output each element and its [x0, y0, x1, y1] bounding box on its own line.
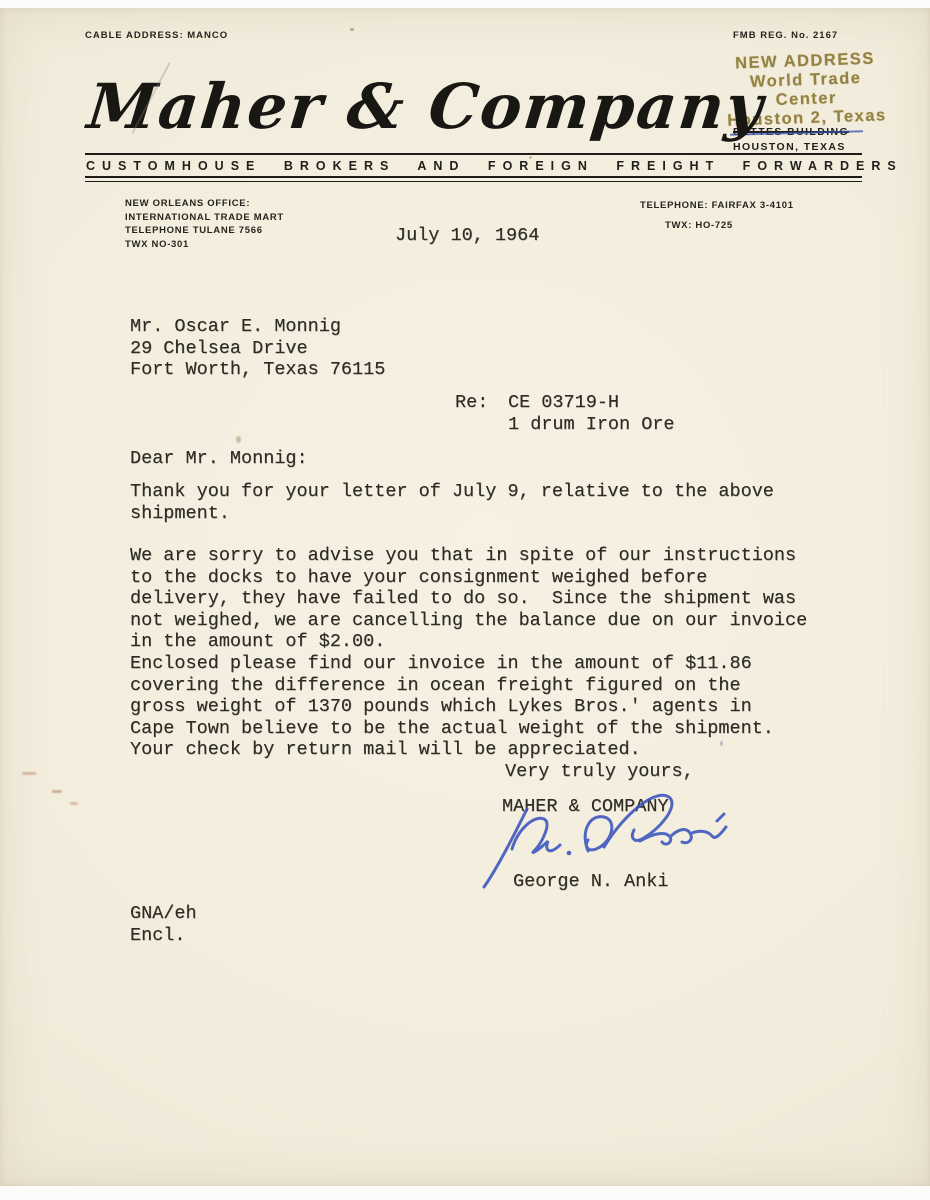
edge-smudge	[52, 790, 62, 793]
dust-speck	[236, 436, 241, 443]
letterhead-rule-top	[85, 153, 862, 155]
recipient-address-block: Mr. Oscar E. Monnig 29 Chelsea Drive For…	[130, 316, 385, 381]
reference-initials-block: GNA/eh Encl.	[130, 903, 197, 946]
body-paragraph-3: Enclosed please find our invoice in the …	[130, 653, 774, 761]
dust-speck	[720, 741, 723, 746]
houston-phone-label: TELEPHONE: FAIRFAX 3-4101	[640, 199, 794, 213]
houston-twx-label: TWX: HO-725	[665, 219, 733, 233]
signature-stroke-flourish	[604, 795, 672, 847]
body-paragraph-1: Thank you for your letter of July 9, rel…	[130, 481, 774, 524]
letter-date: July 10, 1964	[395, 225, 539, 247]
re-label: Re:	[455, 392, 488, 414]
new-orleans-office-block: NEW ORLEANS OFFICE: INTERNATIONAL TRADE …	[125, 197, 284, 251]
signature-tick	[717, 814, 724, 821]
scanned-letter-page: CABLE ADDRESS: MANCO FMB REG. No. 2167 N…	[0, 0, 930, 1200]
fmb-registration-label: FMB REG. No. 2167	[733, 30, 838, 41]
cable-address-label: CABLE ADDRESS: MANCO	[85, 30, 228, 41]
re-content: CE 03719-H 1 drum Iron Ore	[508, 392, 675, 435]
body-paragraph-2: We are sorry to advise you that in spite…	[130, 545, 807, 653]
letterhead-rule-bottom-2	[85, 181, 862, 183]
closing-line: Very truly yours,	[505, 761, 694, 783]
signer-name: George N. Anki	[513, 871, 668, 893]
signature-stroke-d	[585, 817, 612, 851]
letter-paper: CABLE ADDRESS: MANCO FMB REG. No. 2167 N…	[0, 8, 930, 1186]
edge-smudge	[70, 802, 78, 805]
company-logotype: Maher & Company	[84, 70, 768, 143]
letterhead-rule-bottom	[85, 176, 862, 178]
signature-stroke-nki	[640, 827, 726, 844]
signature-dot	[567, 851, 572, 856]
salutation: Dear Mr. Monnig:	[130, 448, 308, 470]
dust-speck	[350, 28, 354, 31]
dust-speck	[529, 156, 532, 159]
company-tagline: CUSTOMHOUSE BROKERS AND FOREIGN FREIGHT …	[86, 159, 903, 173]
edge-smudge	[22, 772, 36, 775]
